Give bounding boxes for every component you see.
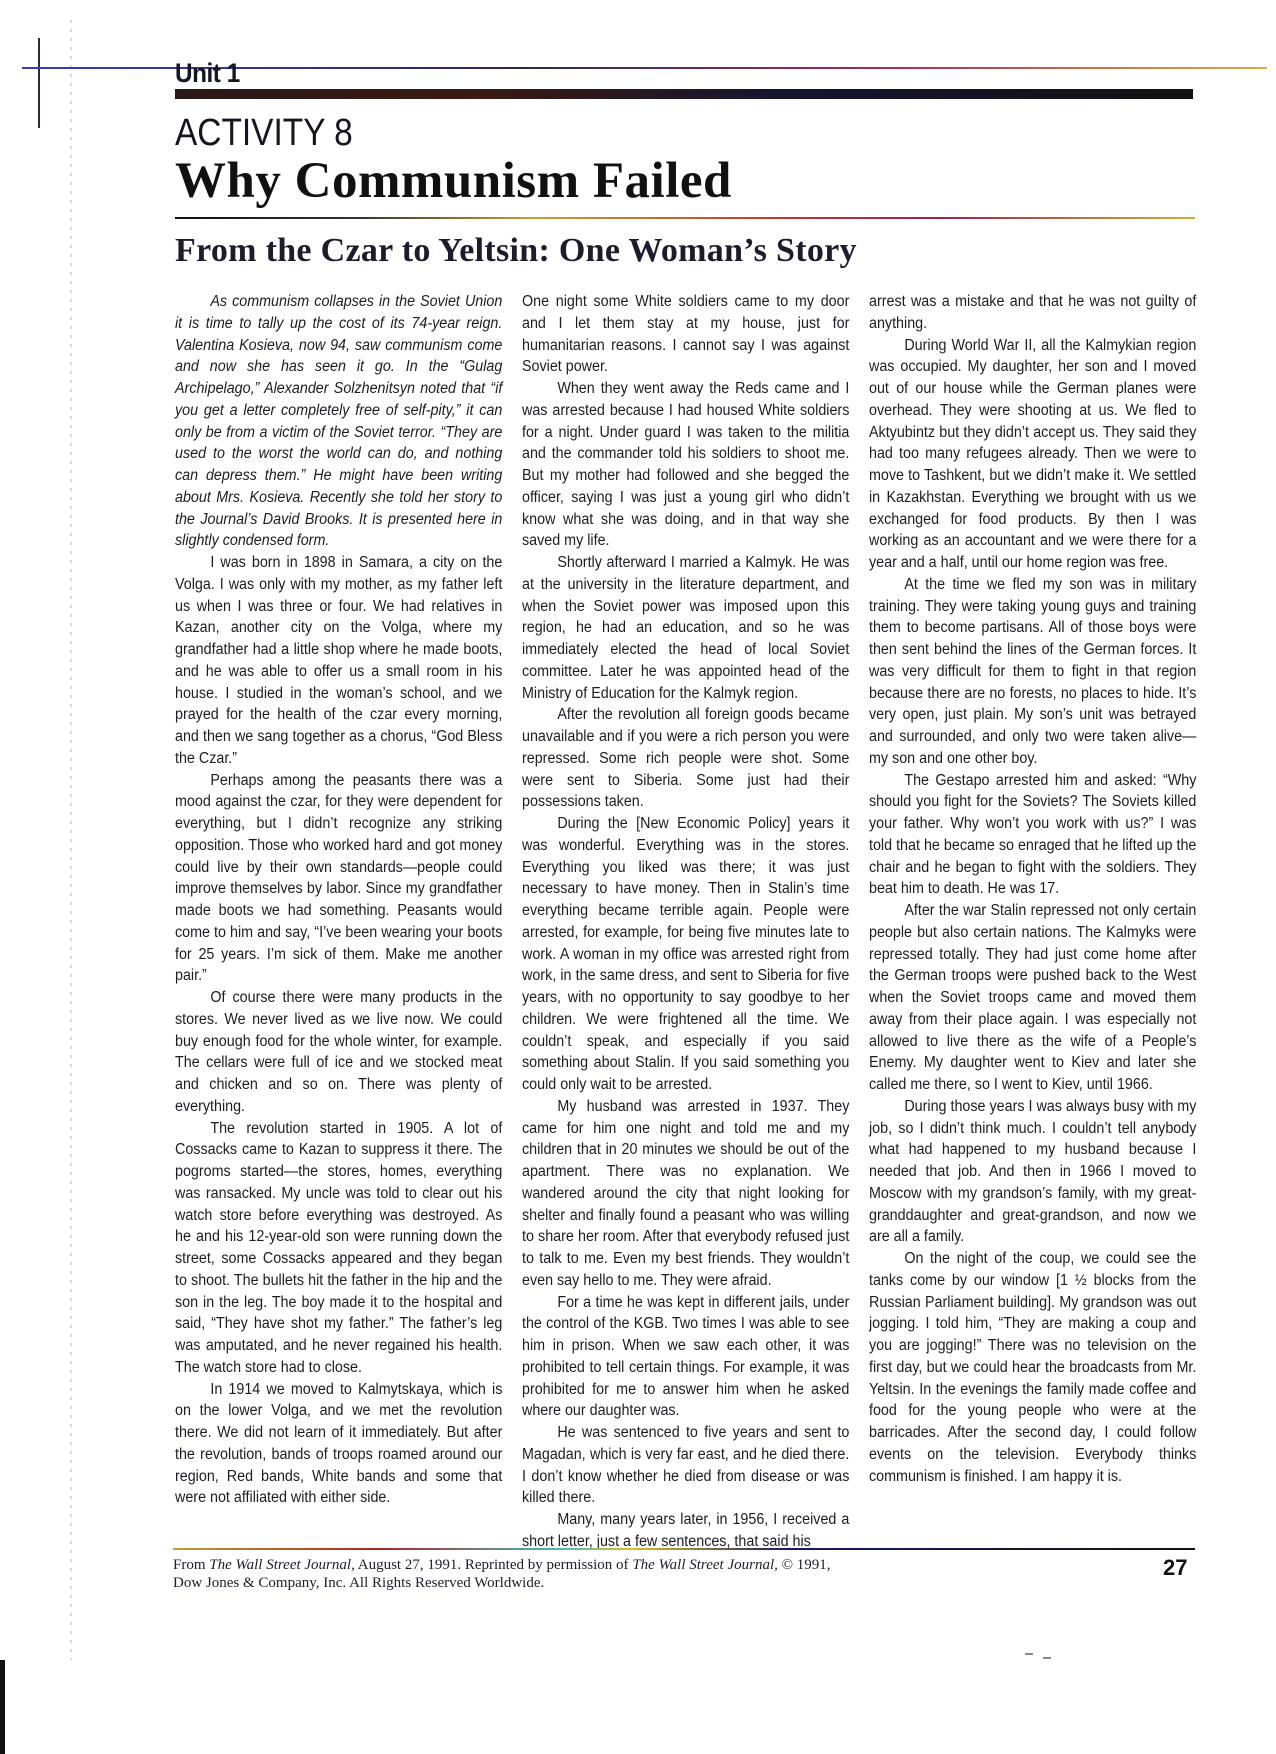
body-paragraph: In 1914 we moved to Kalmytskaya, which i… <box>175 1379 502 1510</box>
body-paragraph-continued: One night some White soldiers came to my… <box>522 291 849 378</box>
scan-artifact-dots <box>70 20 72 1660</box>
body-paragraph: I was born in 1898 in Samara, a city on … <box>175 552 502 770</box>
body-paragraph: At the time we fled my son was in milita… <box>869 574 1196 770</box>
footer-rule <box>173 1548 1195 1550</box>
body-paragraph: After the war Stalin repressed not only … <box>869 900 1196 1096</box>
scan-speck <box>1043 1657 1051 1659</box>
body-paragraph: The Gestapo arrested him and asked: “Why… <box>869 770 1196 901</box>
publication-name: The Wall Street Journal, <box>209 1557 355 1573</box>
credit-text: August 27, 1991. Reprinted by permission… <box>355 1557 633 1573</box>
body-paragraph-continued: arrest was a mistake and that he was not… <box>869 291 1196 335</box>
page-title: Why Communism Failed <box>175 152 732 210</box>
page-number: 27 <box>1163 1555 1187 1581</box>
source-credit: From The Wall Street Journal, August 27,… <box>173 1556 831 1592</box>
body-paragraph: He was sentenced to five years and sent … <box>522 1422 849 1509</box>
crop-mark-vertical <box>38 38 40 128</box>
scan-edge-mark <box>0 1660 5 1754</box>
body-paragraph: During those years I was always busy wit… <box>869 1096 1196 1248</box>
header-rule-thick <box>175 89 1193 99</box>
text-column-2: One night some White soldiers came to my… <box>522 291 849 1553</box>
body-paragraph: Of course there were many products in th… <box>175 987 502 1118</box>
body-paragraph: On the night of the coup, we could see t… <box>869 1248 1196 1487</box>
body-paragraph: My husband was arrested in 1937. They ca… <box>522 1096 849 1292</box>
text-column-1: As communism collapses in the Soviet Uni… <box>175 291 502 1509</box>
body-paragraph: Perhaps among the peasants there was a m… <box>175 770 502 988</box>
body-paragraph: During World War II, all the Kalmykian r… <box>869 335 1196 574</box>
body-paragraph: Shortly afterward I married a Kalmyk. He… <box>522 552 849 704</box>
unit-label: Unit 1 <box>175 58 240 89</box>
title-rule <box>175 217 1195 219</box>
intro-paragraph: As communism collapses in the Soviet Uni… <box>175 291 502 552</box>
publication-name: The Wall Street Journal, <box>632 1557 778 1573</box>
article-subtitle: From the Czar to Yeltsin: One Woman’s St… <box>175 232 857 270</box>
source-credit-line-1: From The Wall Street Journal, August 27,… <box>173 1556 831 1574</box>
body-paragraph: The revolution started in 1905. A lot of… <box>175 1118 502 1379</box>
scan-speck <box>1025 1653 1033 1655</box>
activity-label: ACTIVITY 8 <box>175 112 353 155</box>
body-paragraph: During the [New Economic Policy] years i… <box>522 813 849 1096</box>
source-credit-line-2: Dow Jones & Company, Inc. All Rights Res… <box>173 1574 831 1592</box>
credit-text: From <box>173 1557 209 1573</box>
body-paragraph: After the revolution all foreign goods b… <box>522 704 849 813</box>
body-paragraph: Many, many years later, in 1956, I recei… <box>522 1509 849 1553</box>
body-paragraph: For a time he was kept in different jail… <box>522 1292 849 1423</box>
copyright-text: © 1991, <box>778 1557 831 1573</box>
text-column-3: arrest was a mistake and that he was not… <box>869 291 1196 1487</box>
body-paragraph: When they went away the Reds came and I … <box>522 378 849 552</box>
